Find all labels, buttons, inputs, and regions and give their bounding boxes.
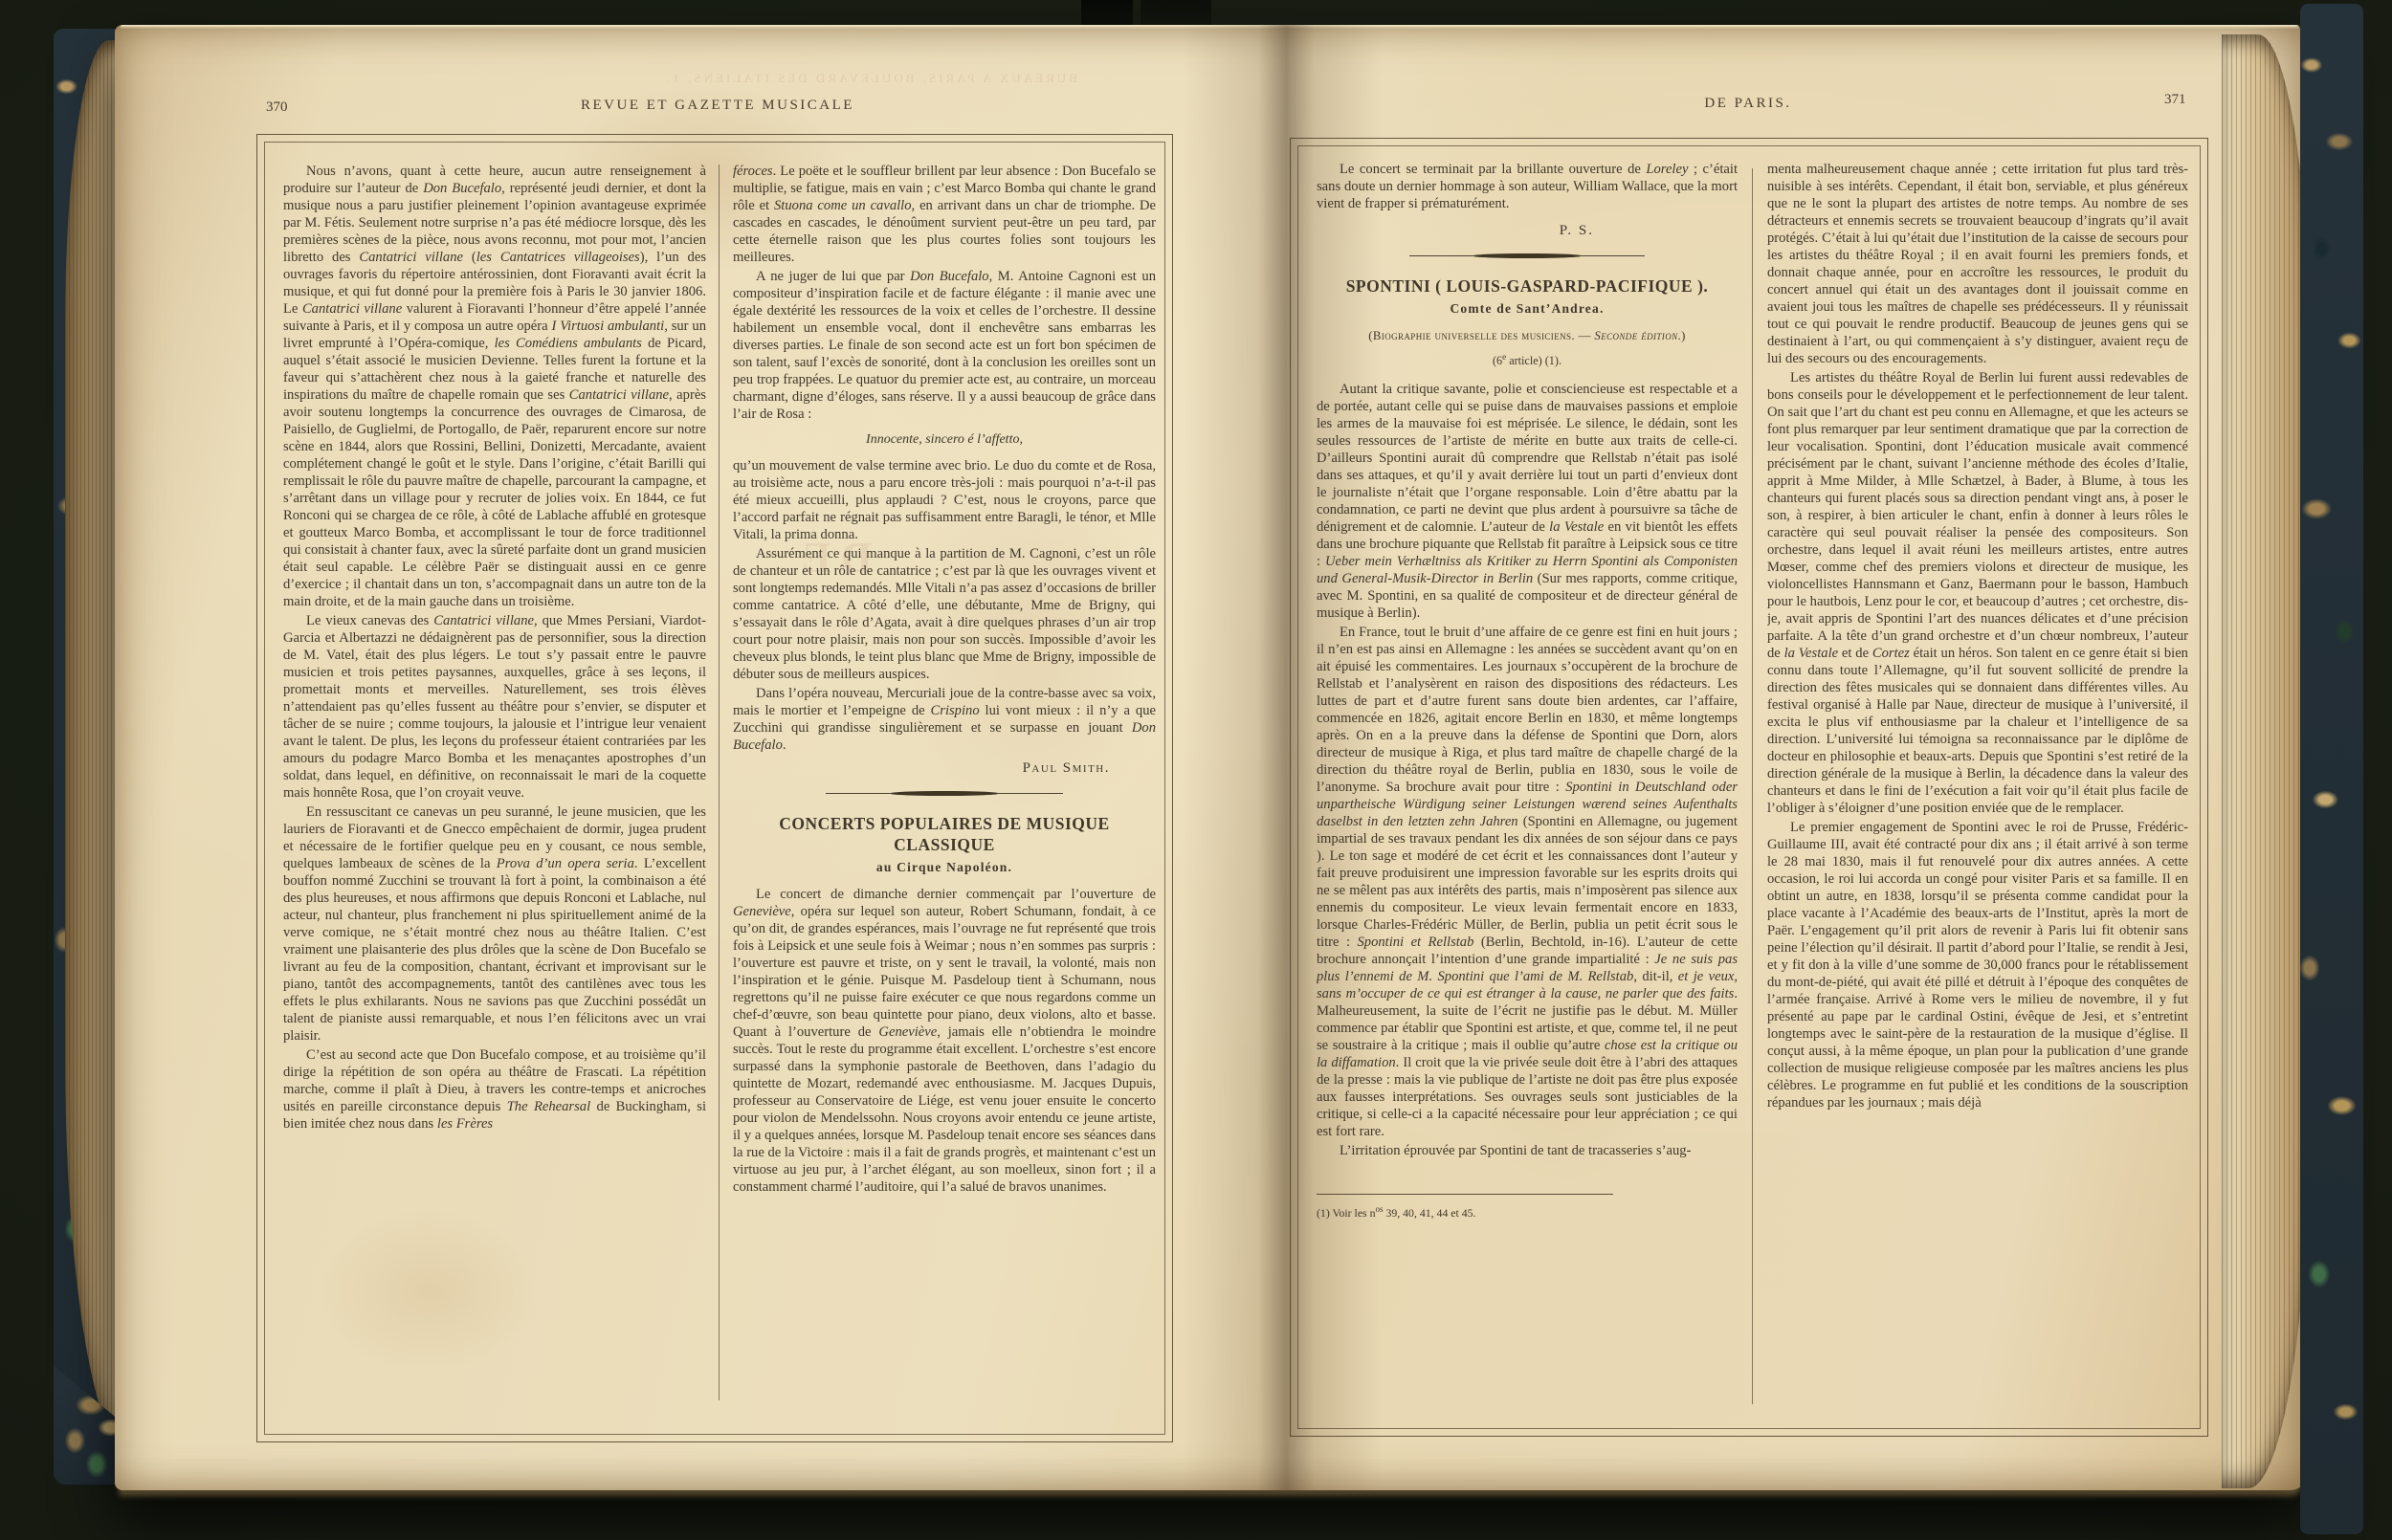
article-subtitle: Comte de Sant’Andrea.	[1317, 300, 1738, 318]
paragraph: féroces. Le poëte et le souffleur brille…	[733, 163, 1156, 266]
right-column-rule	[1752, 168, 1753, 1404]
verse-line: Innocente, sincero é l’affetto,	[733, 431, 1156, 449]
left-running-title: REVUE ET GAZETTE MUSICALE	[260, 98, 1175, 114]
article-subtitle: au Cirque Napoléon.	[733, 859, 1156, 876]
signature: P. S.	[1317, 222, 1738, 239]
paragraph: En ressuscitant ce canevas un peu surann…	[283, 803, 706, 1045]
left-page-column-1: Nous n’avons, quant à cette heure, aucun…	[283, 163, 706, 1418]
right-page-number: 371	[2164, 92, 2186, 108]
article-number: (6e article) (1).	[1317, 352, 1738, 369]
cover-edge-right	[2300, 4, 2363, 1534]
paragraph: C’est au second acte que Don Bucefalo co…	[283, 1046, 706, 1133]
series-note: (Biographie universelle des musiciens. —…	[1317, 327, 1738, 344]
divider-ornament	[826, 789, 1063, 798]
right-page-column-1: Le concert se terminait par la brillante…	[1317, 161, 1738, 1419]
paragraph: Assurément ce qui manque à la partition …	[733, 545, 1156, 683]
article-title: CONCERTS POPULAIRES DE MUSIQUE CLASSIQUE	[735, 813, 1154, 855]
paragraph: Le concert de dimanche dernier commençai…	[733, 886, 1156, 1196]
footnote-rule	[1317, 1194, 1613, 1195]
showthrough-masthead: BUREAUX A PARIS, BOULEVARD DES ITALIENS,…	[574, 71, 1167, 86]
paragraph: Les artistes du théâtre Royal de Berlin …	[1767, 369, 2188, 817]
paragraph: menta malheureusement chaque année ; cet…	[1767, 161, 2188, 367]
signature: Paul Smith.	[733, 759, 1156, 777]
footnote: (1) Voir les nos 39, 40, 41, 44 et 45.	[1317, 1204, 1738, 1221]
divider-ornament	[1409, 252, 1645, 260]
book-photo-scene: BUREAUX A PARIS, BOULEVARD DES ITALIENS,…	[0, 0, 2392, 1540]
paragraph: Le vieux canevas des Cantatrici villane,…	[283, 612, 706, 802]
right-running-title: DE PARIS.	[1290, 96, 2206, 112]
paragraph: En France, tout le bruit d’une affaire d…	[1317, 624, 1738, 1140]
paragraph: qu’un mouvement de valse termine avec br…	[733, 457, 1156, 543]
paragraph: Nous n’avons, quant à cette heure, aucun…	[283, 163, 706, 610]
paragraph: L’irritation éprouvée par Spontini de ta…	[1317, 1142, 1738, 1159]
paragraph: Dans l’opéra nouveau, Mercuriali joue de…	[733, 685, 1156, 754]
paragraph: Autant la critique savante, polie et con…	[1317, 381, 1738, 622]
paragraph: Le premier engagement de Spontini avec l…	[1767, 819, 2188, 1111]
right-page-column-2: menta malheureusement chaque année ; cet…	[1767, 161, 2188, 1419]
paragraph: A ne juger de lui que par Don Bucefalo, …	[733, 268, 1156, 423]
article-title: SPONTINI ( LOUIS-GASPARD-PACIFIQUE ).	[1318, 275, 1736, 297]
left-column-rule	[719, 165, 720, 1400]
paragraph: Le concert se terminait par la brillante…	[1317, 161, 1738, 212]
left-page-column-2: féroces. Le poëte et le souffleur brille…	[733, 163, 1156, 1418]
